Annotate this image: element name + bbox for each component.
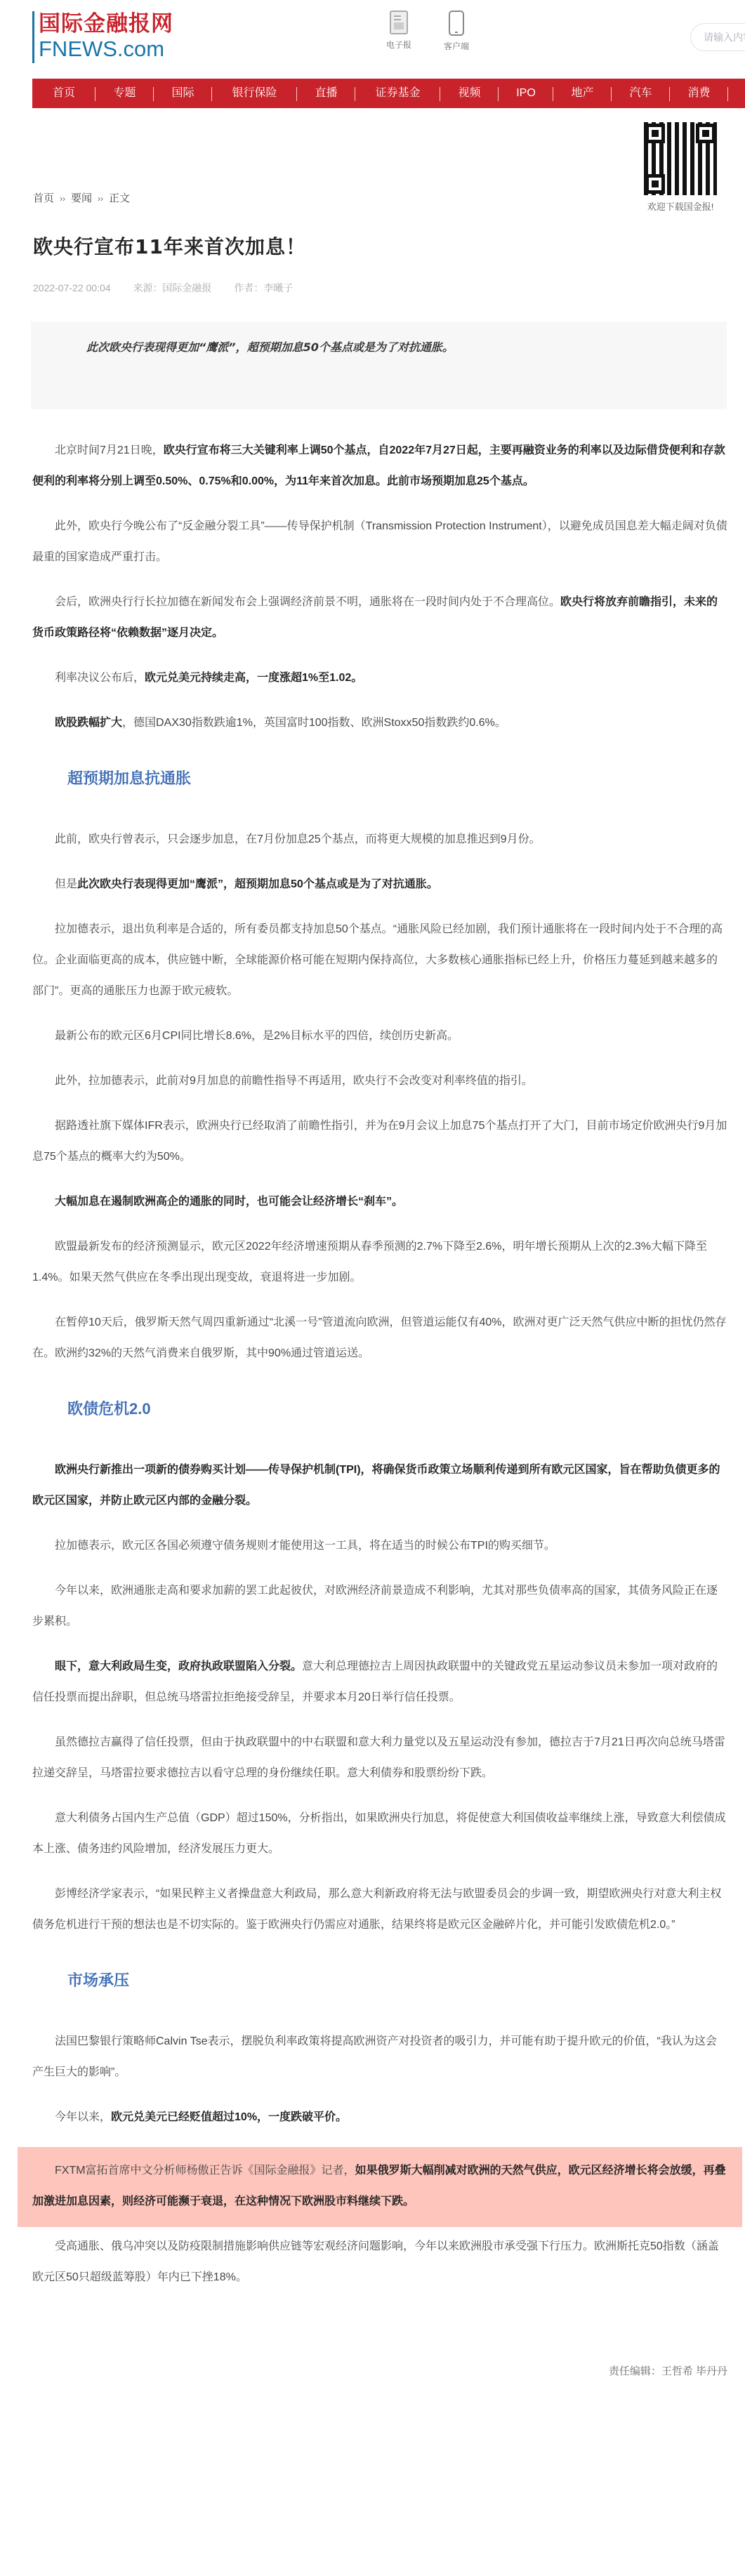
paragraph: 欧盟最新发布的经济预测显示，欧元区2022年经济增速预期从春季预测的2.7%下降… <box>32 1231 727 1293</box>
paragraph: 大幅加息在遏制欧洲高企的通胀的同时，也可能会让经济增长“刹车”。 <box>32 1187 727 1217</box>
breadcrumb-separator: ›› <box>98 194 103 204</box>
paragraph: 利率决议公布后，欧元兑美元持续走高，一度涨超1%至1.02。 <box>32 663 727 694</box>
article-meta: 2022-07-22 00:04 来源：国际金融报 作者：李曦子 <box>33 281 312 295</box>
nav-item-video[interactable]: 视频 <box>440 79 499 108</box>
paragraph: 北京时间7月21日晚，欧央行宣布将三大关键利率上调50个基点，自2022年7月2… <box>32 435 727 497</box>
paragraph: 在暂停10天后，俄罗斯天然气周四重新通过“北溪一号”管道流向欧洲，但管道运能仅有… <box>32 1307 727 1369</box>
breadcrumb-current: 正文 <box>109 192 130 204</box>
nav-item-banking-insurance[interactable]: 银行保险 <box>212 79 297 108</box>
e-paper-label: 电子报 <box>378 39 420 51</box>
paragraph: 但是此次欧央行表现得更加“鹰派”，超预期加息50个基点或是为了对抗通胀。 <box>32 869 727 900</box>
qr-code-icon <box>641 119 720 198</box>
paragraph: 今年以来，欧洲通胀走高和要求加薪的罢工此起彼伏，对欧洲经济前景造成不利影响，尤其… <box>32 1576 727 1637</box>
paragraph: 拉加德表示，退出负利率是合适的，所有委员都支持加息50个基点。“通胀风险已经加剧… <box>32 914 727 1007</box>
logo-cn: 国际金融报网 <box>39 11 173 37</box>
summary-text: 此次欧央行表现得更加“鹰派”，超预期加息50个基点或是为了对抗通胀。 <box>86 338 454 355</box>
nav-item-ipo[interactable]: IPO <box>499 79 553 108</box>
article-summary: 此次欧央行表现得更加“鹰派”，超预期加息50个基点或是为了对抗通胀。 <box>31 322 727 409</box>
nav-item-live[interactable]: 直播 <box>297 79 355 108</box>
breadcrumb-news[interactable]: 要闻 <box>71 192 92 204</box>
phone-icon <box>449 11 464 36</box>
publish-date: 2022-07-22 00:04 <box>33 282 111 293</box>
paragraph: 拉加德表示，欧元区各国必须遵守债务规则才能使用这一工具，将在适当的时候公布TPI… <box>32 1531 727 1561</box>
paragraph: 今年以来，欧元兑美元已经贬值超过10%，一度跌破平价。 <box>32 2102 727 2133</box>
paragraph: 最新公布的欧元区6月CPI同比增长8.6%，是2%目标水平的四倍，续创历史新高。 <box>32 1021 727 1052</box>
site-logo[interactable]: 国际金融报网 FNEWS.com <box>32 11 173 63</box>
paragraph: 此前，欧央行曾表示，只会逐步加息，在7月份加息25个基点，而将更大规模的加息推迟… <box>32 824 727 855</box>
breadcrumb-home[interactable]: 首页 <box>33 192 54 204</box>
nav-item-securities-funds[interactable]: 证券基金 <box>355 79 440 108</box>
paragraph: 欧洲央行新推出一项新的债券购买计划——传导保护机制(TPI)，将确保货币政策立场… <box>32 1455 727 1517</box>
paragraph: 此外，欧央行今晚公布了“反金融分裂工具”——传导保护机制（Transmissio… <box>32 511 727 573</box>
paragraph: 欧股跌幅扩大，德国DAX30指数跌逾1%，英国富时100指数、欧洲Stoxx50… <box>32 708 727 739</box>
paragraph: 据路透社旗下媒体IFR表示，欧洲央行已经取消了前瞻性指引，并为在9月会议上加息7… <box>32 1111 727 1173</box>
highlighted-paragraph: FXTM富拓首席中文分析师杨傲正告诉《国际金融报》记者，如果俄罗斯大幅削减对欧洲… <box>18 2147 742 2227</box>
newspaper-icon <box>390 11 408 34</box>
main-nav: 首页 专题 国际 银行保险 直播 证券基金 视频 IPO 地产 汽车 消费 <box>32 79 745 108</box>
section-heading: 市场承压 <box>67 1970 727 1991</box>
e-paper-link[interactable]: 电子报 <box>378 11 420 51</box>
paragraph: 此外，拉加德表示，此前对9月加息的前瞻性指导不再适用，欧央行不会改变对利率终值的… <box>32 1066 727 1097</box>
breadcrumb-separator: ›› <box>60 194 65 204</box>
section-heading: 超预期加息抗通胀 <box>67 768 727 789</box>
paragraph: 彭博经济学家表示，“如果民粹主义者操盘意大利政局，那么意大利新政府将无法与欧盟委… <box>32 1879 727 1941</box>
qr-label: 欢迎下载国金报! <box>641 199 720 213</box>
app-client-link[interactable]: 客户端 <box>435 11 477 52</box>
app-download-qr: 欢迎下载国金报! <box>641 119 720 213</box>
paragraph: 眼下，意大利政局生变，政府执政联盟陷入分裂。意大利总理德拉吉上周因执政联盟中的关… <box>32 1651 727 1713</box>
app-client-label: 客户端 <box>435 40 477 52</box>
nav-item-home[interactable]: 首页 <box>32 79 95 108</box>
article-author: 作者：李曦子 <box>234 282 293 293</box>
article-title: 欧央行宣布11年来首次加息！ <box>33 232 306 260</box>
paragraph: 受高通胀、俄乌冲突以及防疫限制措施影响供应链等宏观经济问题影响，今年以来欧洲股市… <box>32 2231 727 2293</box>
paragraph: 会后，欧洲央行行长拉加德在新闻发布会上强调经济前景不明，通胀将在一段时间内处于不… <box>32 587 727 649</box>
paragraph: 虽然德拉吉赢得了信任投票，但由于执政联盟中的中右联盟和意大利力量党以及五星运动没… <box>32 1727 727 1789</box>
section-heading: 欧债危机2.0 <box>67 1399 727 1420</box>
nav-item-real-estate[interactable]: 地产 <box>553 79 612 108</box>
article-body: 北京时间7月21日晚，欧央行宣布将三大关键利率上调50个基点，自2022年7月2… <box>32 435 727 2387</box>
paragraph: 意大利债务占国内生产总值（GDP）超过150%，分析指出，如果欧洲央行加息，将促… <box>32 1803 727 1865</box>
search-input[interactable]: 请输入内容 <box>690 23 745 51</box>
nav-item-topics[interactable]: 专题 <box>95 79 154 108</box>
logo-en: FNEWS.com <box>39 37 173 62</box>
site-header: 国际金融报网 FNEWS.com 电子报 客户端 请输入内容 <box>0 0 745 79</box>
article-source: 来源：国际金融报 <box>133 282 211 293</box>
breadcrumb: 首页››要闻››正文 <box>33 190 130 205</box>
paragraph: 法国巴黎银行策略师Calvin Tse表示，摆脱负利率政策将提高欧洲资产对投资者… <box>32 2026 727 2088</box>
nav-item-consumer[interactable]: 消费 <box>670 79 728 108</box>
nav-item-international[interactable]: 国际 <box>154 79 212 108</box>
nav-item-auto[interactable]: 汽车 <box>612 79 670 108</box>
responsible-editor: 责任编辑：王哲希 毕丹丹 <box>32 2356 727 2387</box>
